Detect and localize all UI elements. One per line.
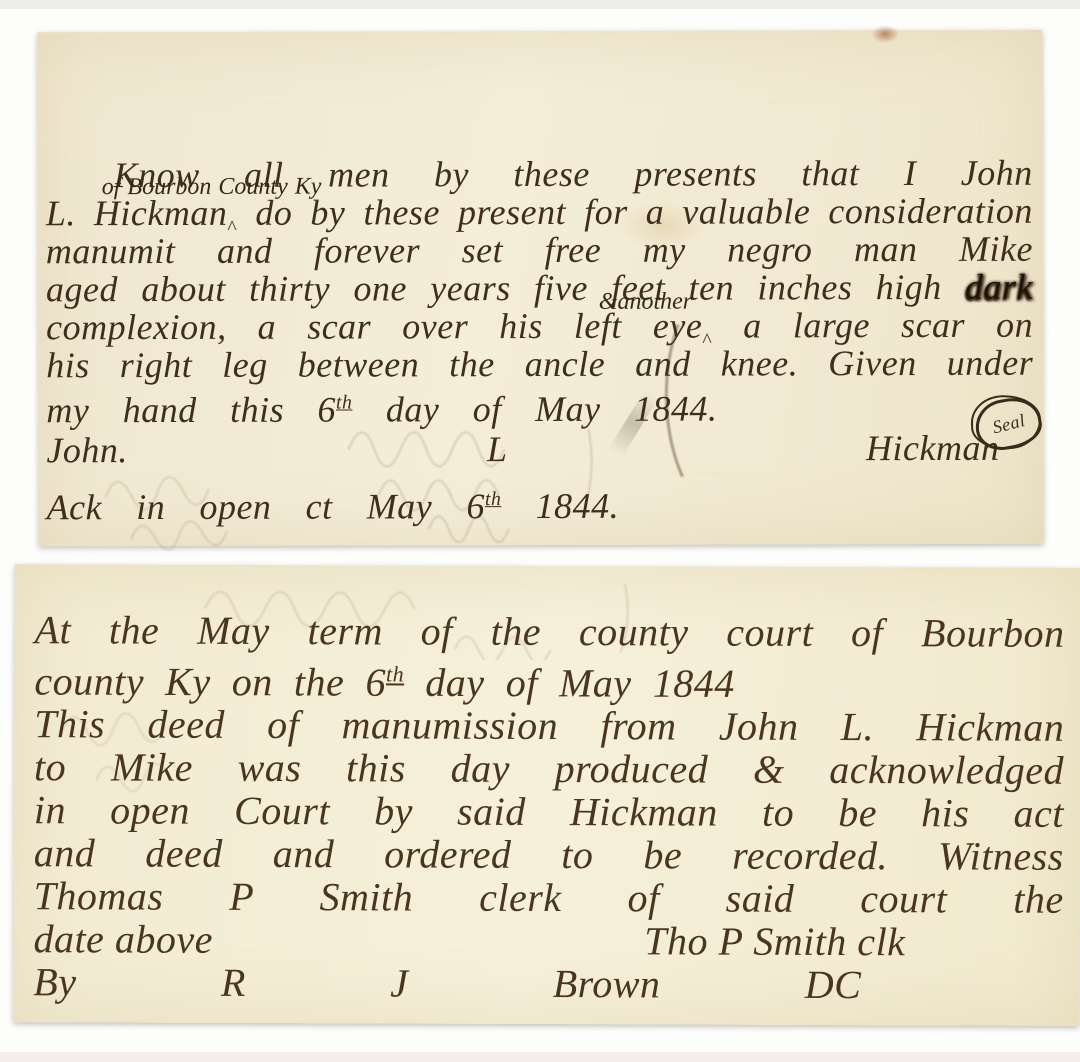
scanner-edge-bottom: [0, 1052, 1080, 1062]
court-line-5: in open Court by said Hickman to be his …: [34, 789, 1064, 836]
scanner-edge-top: [0, 0, 1080, 9]
court-line-3: This deed of manumission from John L. Hi…: [34, 703, 1064, 750]
court-record-text: At the May term of the county court of B…: [33, 608, 1064, 1007]
deed-line-3: manumit and forever set free my negro ma…: [46, 230, 1033, 271]
deed-line-7: my hand this 6th day of May 1844.: [46, 383, 717, 430]
deed-line-2-text: do by these present for a valuable consi…: [255, 191, 1033, 233]
grantor-signature: John. L Hickman: [46, 428, 999, 470]
manumission-deed-page: Know all men by these presents that I Jo…: [37, 30, 1043, 547]
deed-line-6: his right leg between the ancle and knee…: [46, 344, 1033, 385]
closing-left-text: date above: [33, 918, 213, 962]
acknowledgment-line: Ack in open ct May 6th 1844.: [47, 480, 620, 526]
deed-line-3-text: manumit and forever set free my negro ma…: [46, 229, 1033, 272]
court-line-2: county Ky on the 6th day of May 1844: [34, 651, 735, 705]
court-line-1-text: At the May term of the county court of B…: [34, 607, 1064, 656]
court-record-page: At the May term of the county court of B…: [13, 564, 1080, 1026]
deed-line-5: &another complexion, a scar over his lef…: [46, 306, 1033, 347]
deed-line-4: aged about thirty one years five feet te…: [46, 268, 1033, 309]
court-line-7: Thomas P Smith clerk of said court the: [34, 875, 1064, 922]
deed-line-2: of Bourbon County Ky L. Hickman^ do by t…: [46, 192, 1033, 233]
blotted-word: dark: [965, 267, 1033, 307]
seal-text: Seal: [988, 401, 1029, 446]
deed-line-7-text2: day of May 1844.: [352, 389, 717, 430]
acknowledgment-text: Ack in open ct May 6: [47, 486, 485, 527]
court-line-6-text: and deed and ordered to be recorded. Wit…: [34, 831, 1064, 880]
deed-line-4-text: aged about thirty one years five feet te…: [46, 267, 965, 309]
ordinal-superscript: th: [336, 391, 352, 413]
court-line-2-text: county Ky on the 6: [34, 659, 386, 705]
clerk-signature: Tho P Smith clk: [644, 920, 905, 964]
court-line-2-text2: day of May 1844: [404, 660, 735, 706]
court-line-7-text: Thomas P Smith clerk of said court the: [34, 874, 1064, 923]
grantor-signature-row: John. L Hickman Seal: [46, 429, 1033, 470]
deputy-signature-row: By R J Brown DC: [33, 961, 1063, 1008]
court-line-6: and deed and ordered to be recorded. Wit…: [34, 832, 1064, 879]
deed-line-5-text2: a large scar on: [743, 305, 1033, 346]
ink-stain: [871, 25, 899, 43]
interlinear-insertion-another: &another: [599, 290, 692, 314]
interlinear-insertion-county: of Bourbon County Ky: [102, 175, 322, 200]
ordinal-superscript: th: [386, 661, 404, 686]
court-line-1: At the May term of the county court of B…: [34, 608, 1064, 655]
court-line-3-text: This deed of manumission from John L. Hi…: [34, 702, 1064, 751]
closing-row: date above Tho P Smith clk: [33, 918, 1063, 965]
court-line-4: to Mike was this day produced & acknowle…: [34, 746, 1064, 793]
deputy-signature: By R J Brown DC: [33, 960, 861, 1008]
ordinal-superscript: th: [485, 488, 501, 510]
deed-body-text: Know all men by these presents that I Jo…: [46, 154, 1034, 527]
acknowledgment-text2: 1844.: [501, 486, 619, 526]
court-line-4-text: to Mike was this day produced & acknowle…: [34, 745, 1064, 794]
deed-line-6-text: his right leg between the ancle and knee…: [46, 343, 1033, 386]
court-line-5-text: in open Court by said Hickman to be his …: [34, 788, 1064, 837]
deed-line-7-text: my hand this 6: [46, 390, 336, 431]
